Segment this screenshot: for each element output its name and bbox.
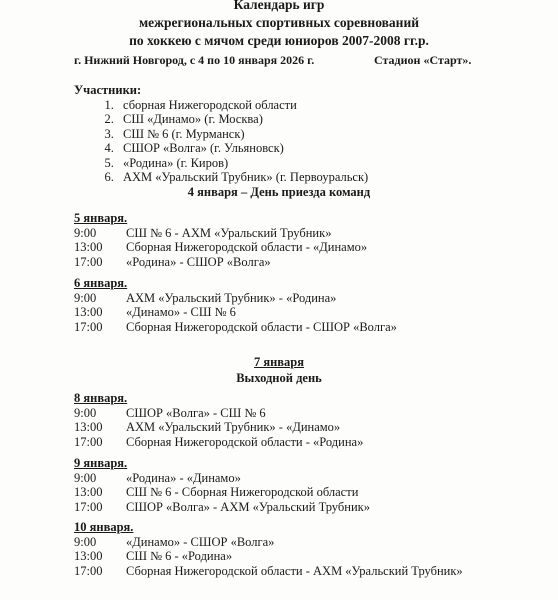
game-time: 17:00: [74, 500, 126, 515]
game-match: АХМ «Уральский Трубник» - «Динамо»: [126, 420, 340, 434]
day-block: 8 января. 9:00СШОР «Волга» - СШ № 6 13:0…: [74, 391, 363, 449]
game-row: 17:00Сборная Нижегородской области - АХМ…: [74, 564, 463, 579]
game-time: 13:00: [74, 485, 126, 500]
day-block: 10 января. 9:00«Динамо» - СШОР «Волга» 1…: [74, 520, 463, 578]
game-row: 9:00«Родина» - «Динамо»: [74, 471, 370, 486]
game-row: 17:00Сборная Нижегородской области - СШО…: [74, 320, 397, 335]
game-time: 17:00: [74, 255, 126, 270]
day-date: 10 января.: [74, 520, 463, 535]
game-match: «Динамо» - СШОР «Волга»: [126, 535, 274, 549]
title-line-2: межрегиональных спортивных соревнований: [0, 14, 558, 32]
participant-item: АХМ «Уральский Трубник» (г. Первоуральск…: [117, 170, 368, 185]
game-row: 9:00«Динамо» - СШОР «Волга»: [74, 535, 463, 550]
title-line-1: Календарь игр: [0, 0, 558, 14]
game-row: 17:00«Родина» - СШОР «Волга»: [74, 255, 367, 270]
day-block: 9 января. 9:00«Родина» - «Динамо» 13:00С…: [74, 456, 370, 514]
participant-item: сборная Нижегородской области: [117, 98, 368, 113]
game-match: Сборная Нижегородской области - АХМ «Ура…: [126, 564, 463, 578]
rest-day-date: 7 января: [0, 354, 558, 370]
game-match: СШОР «Волга» - АХМ «Уральский Трубник»: [126, 500, 370, 514]
game-row: 17:00Сборная Нижегородской области - «Ро…: [74, 435, 363, 450]
schedule-document: Календарь игр межрегиональных спортивных…: [0, 0, 558, 600]
game-row: 13:00СШ № 6 - Сборная Нижегородской обла…: [74, 485, 370, 500]
location-row: г. Нижний Новгород, с 4 по 10 января 202…: [74, 53, 494, 68]
game-match: Сборная Нижегородской области - «Динамо»: [126, 240, 367, 254]
game-match: Сборная Нижегородской области - «Родина»: [126, 435, 363, 449]
game-time: 9:00: [74, 535, 126, 550]
game-row: 17:00СШОР «Волга» - АХМ «Уральский Трубн…: [74, 500, 370, 515]
game-row: 9:00СШОР «Волга» - СШ № 6: [74, 406, 363, 421]
game-row: 13:00Сборная Нижегородской области - «Ди…: [74, 240, 367, 255]
game-match: СШ № 6 - Сборная Нижегородской области: [126, 485, 358, 499]
participant-item: СШОР «Волга» (г. Ульяновск): [117, 141, 368, 156]
game-time: 13:00: [74, 240, 126, 255]
game-time: 17:00: [74, 435, 126, 450]
game-time: 17:00: [74, 320, 126, 335]
arrival-day: 4 января – День приезда команд: [0, 185, 558, 200]
day-date: 9 января.: [74, 456, 370, 471]
rest-day-label: Выходной день: [0, 370, 558, 386]
game-row: 9:00СШ № 6 - АХМ «Уральский Трубник»: [74, 226, 367, 241]
game-time: 13:00: [74, 305, 126, 320]
game-row: 9:00АХМ «Уральский Трубник» - «Родина»: [74, 291, 397, 306]
game-time: 9:00: [74, 406, 126, 421]
participants-list: сборная Нижегородской области СШ «Динамо…: [74, 98, 368, 185]
day-date: 8 января.: [74, 391, 363, 406]
game-match: СШОР «Волга» - СШ № 6: [126, 406, 266, 420]
game-time: 17:00: [74, 564, 126, 579]
game-match: СШ № 6 - «Родина»: [126, 549, 232, 563]
game-time: 9:00: [74, 471, 126, 486]
participants-label: Участники:: [74, 83, 368, 98]
game-match: Сборная Нижегородской области - СШОР «Во…: [126, 320, 397, 334]
day-block: 6 января. 9:00АХМ «Уральский Трубник» - …: [74, 276, 397, 334]
participant-item: СШ № 6 (г. Мурманск): [117, 127, 368, 142]
game-match: «Родина» - СШОР «Волга»: [126, 255, 271, 269]
day-date: 5 января.: [74, 211, 367, 226]
game-match: АХМ «Уральский Трубник» - «Родина»: [126, 291, 336, 305]
day-date: 6 января.: [74, 276, 397, 291]
location-dates: г. Нижний Новгород, с 4 по 10 января 202…: [74, 53, 314, 67]
game-row: 13:00АХМ «Уральский Трубник» - «Динамо»: [74, 420, 363, 435]
stadium: Стадион «Старт».: [374, 53, 471, 68]
game-match: «Родина» - «Динамо»: [126, 471, 241, 485]
participant-item: СШ «Динамо» (г. Москва): [117, 112, 368, 127]
game-time: 9:00: [74, 226, 126, 241]
game-row: 13:00«Динамо» - СШ № 6: [74, 305, 397, 320]
participant-item: «Родина» (г. Киров): [117, 156, 368, 171]
participants-section: Участники: сборная Нижегородской области…: [74, 83, 368, 185]
game-row: 13:00СШ № 6 - «Родина»: [74, 549, 463, 564]
game-time: 9:00: [74, 291, 126, 306]
game-match: «Динамо» - СШ № 6: [126, 305, 236, 319]
game-time: 13:00: [74, 420, 126, 435]
document-title: Календарь игр межрегиональных спортивных…: [0, 0, 558, 50]
title-line-3: по хоккею с мячом среди юниоров 2007-200…: [0, 32, 558, 50]
rest-day: 7 января Выходной день: [0, 354, 558, 386]
game-match: СШ № 6 - АХМ «Уральский Трубник»: [126, 226, 331, 240]
game-time: 13:00: [74, 549, 126, 564]
day-block: 5 января. 9:00СШ № 6 - АХМ «Уральский Тр…: [74, 211, 367, 269]
